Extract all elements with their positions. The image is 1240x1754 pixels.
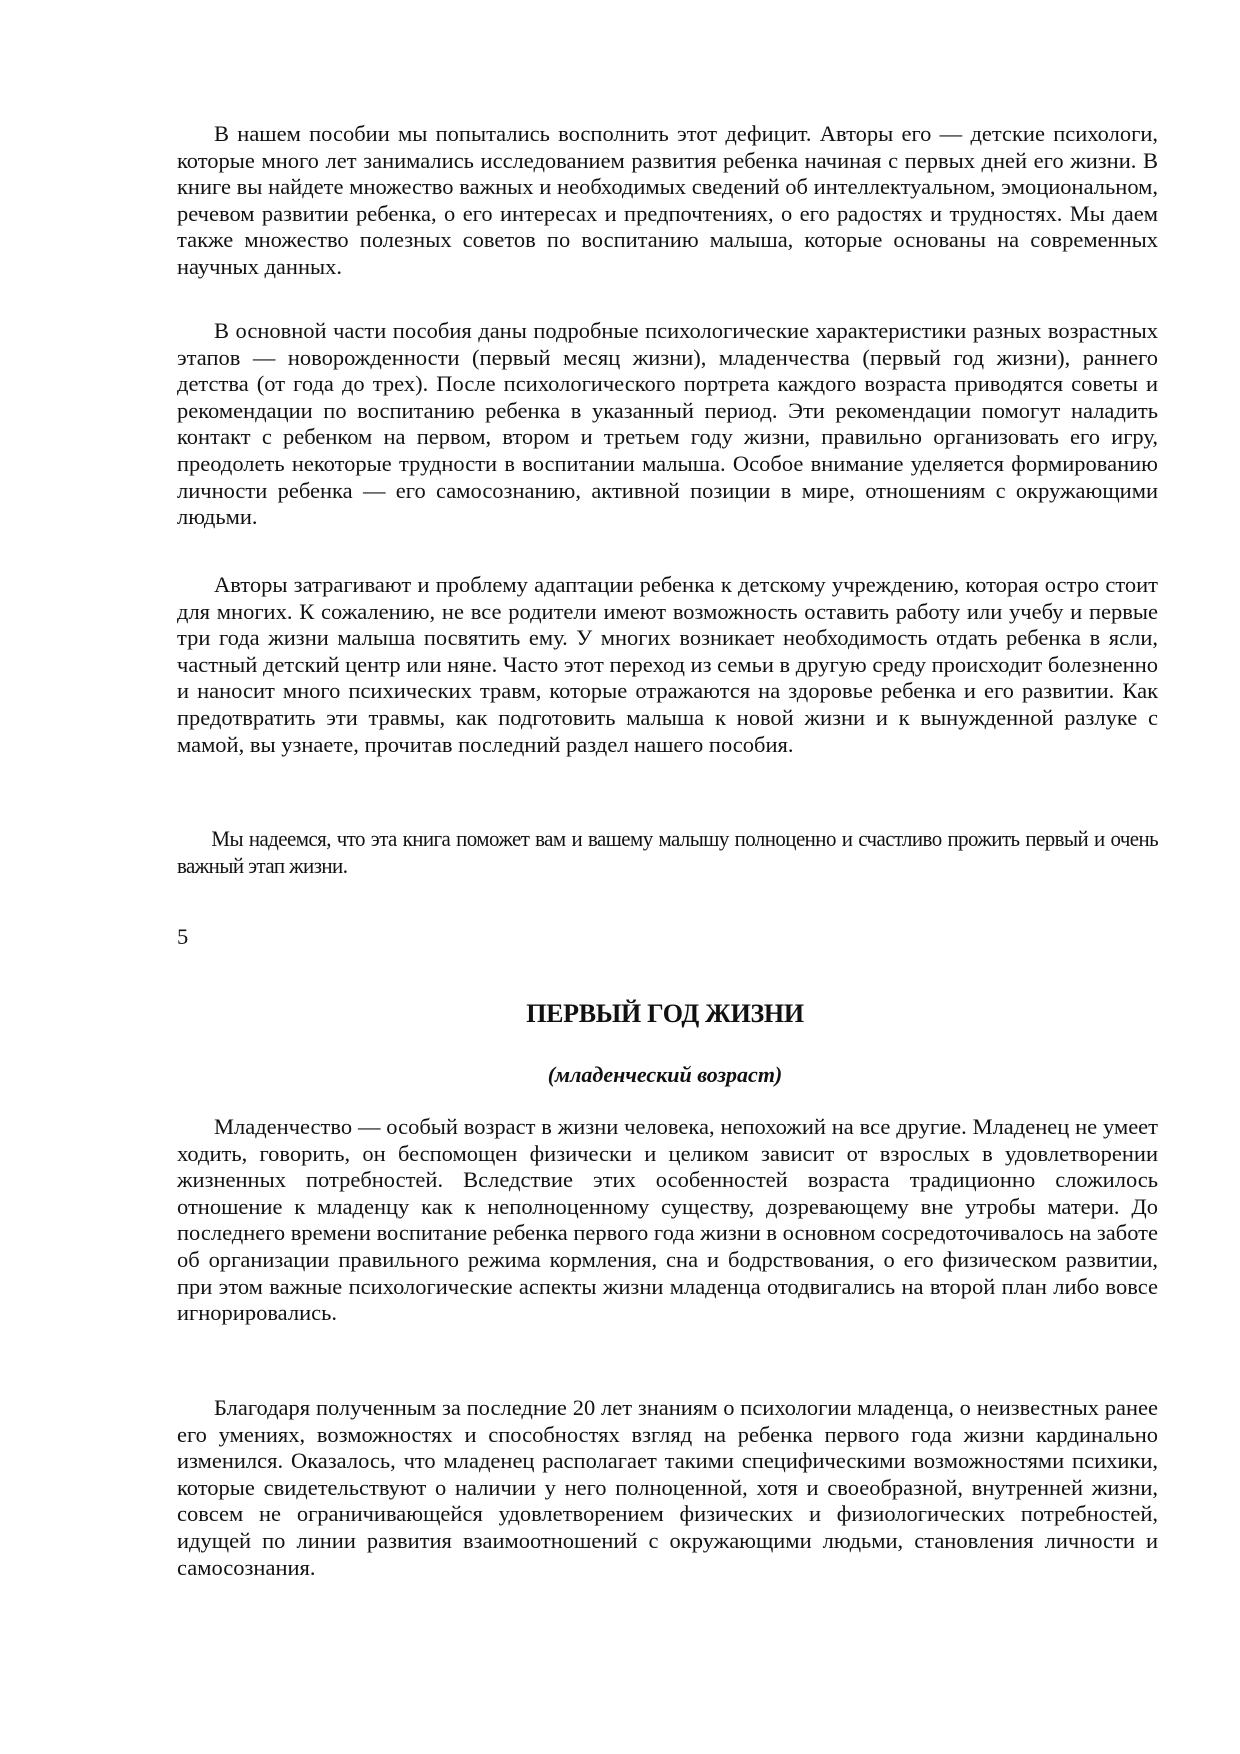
intro-paragraph-1: В нашем пособии мы попытались восполнить… [177,121,1158,281]
chapter-paragraph-2: Благодаря полученным за последние 20 лет… [177,1395,1158,1581]
intro-paragraph-4: Мы надеемся, что эта книга поможет вам и… [177,826,1158,879]
chapter-subtitle: (младенческий возраст) [0,1062,1240,1088]
chapter-paragraph-1: Младенчество — особый возраст в жизни че… [177,1114,1158,1327]
page-number: 5 [177,924,188,950]
chapter-title: ПЕРВЫЙ ГОД ЖИЗНИ [0,999,1240,1029]
intro-paragraph-3: Авторы затрагивают и проблему адаптации … [177,572,1158,758]
intro-paragraph-2: В основной части пособия даны подробные … [177,318,1158,531]
document-page: В нашем пособии мы попытались восполнить… [0,0,1240,1754]
